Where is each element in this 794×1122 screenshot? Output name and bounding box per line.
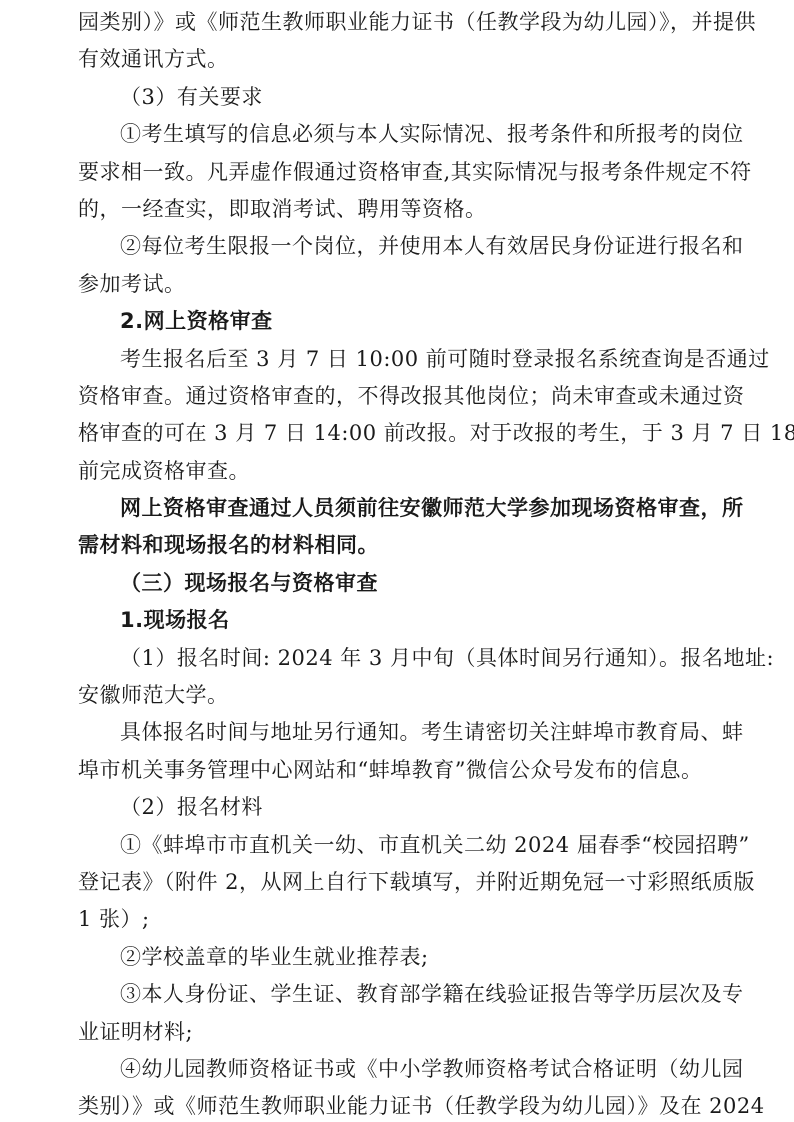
text-line: 参加考试。 [78, 266, 742, 303]
text-line: 1 张）; [78, 901, 742, 938]
text-line: 的，一经查实，即取消考试、聘用等资格。 [78, 191, 742, 228]
text-line: ③本人身份证、学生证、教育部学籍在线验证报告等学历层次及专 [78, 976, 742, 1013]
text-line: 有效通讯方式。 [78, 41, 742, 78]
text-line: 前完成资格审查。 [78, 453, 742, 490]
text-line: 具体报名时间与地址另行通知。考生请密切关注蚌埠市教育局、蚌 [78, 714, 742, 751]
text-line: 资格审查。通过资格审查的，不得改报其他岗位；尚未审查或未通过资 [78, 378, 742, 415]
document-page: 园类别）》或《师范生教师职业能力证书（任教学段为幼儿园）》，并提供 有效通讯方式… [78, 4, 742, 1122]
text-line: （1）报名时间: 2024 年 3 月中旬（具体时间另行通知）。报名地址: [78, 640, 742, 677]
section-heading: 1.现场报名 [78, 602, 742, 639]
text-line: ①考生填写的信息必须与本人实际情况、报考条件和所报考的岗位 [78, 116, 742, 153]
text-line: 要求相一致。凡弄虚作假通过资格审查,其实际情况与报考条件规定不符 [78, 154, 742, 191]
text-line: ④幼儿园教师资格证书或《中小学教师资格考试合格证明（幼儿园 [78, 1051, 742, 1088]
text-line: （3）有关要求 [78, 79, 742, 116]
section-heading: 2.网上资格审查 [78, 303, 742, 340]
text-line: 类别）》或《师范生教师职业能力证书（任教学段为幼儿园）》及在 2024 [78, 1088, 742, 1122]
text-line: 考生报名后至 3 月 7 日 10:00 前可随时登录报名系统查询是否通过 [78, 341, 742, 378]
section-heading: （三）现场报名与资格审查 [78, 565, 742, 602]
text-line: （2）报名材料 [78, 789, 742, 826]
text-line: 园类别）》或《师范生教师职业能力证书（任教学段为幼儿园）》，并提供 [78, 4, 742, 41]
text-line: 格审查的可在 3 月 7 日 14:00 前改报。对于改报的考生，于 3 月 7… [78, 415, 742, 452]
text-line: ②每位考生限报一个岗位，并使用本人有效居民身份证进行报名和 [78, 228, 742, 265]
text-line: 登记表》（附件 2，从网上自行下载填写，并附近期免冠一寸彩照纸质版 [78, 864, 742, 901]
bold-text-line: 网上资格审查通过人员须前往安徽师范大学参加现场资格审查，所 [78, 490, 742, 527]
text-line: 埠市机关事务管理中心网站和“蚌埠教育”微信公众号发布的信息。 [78, 752, 742, 789]
text-line: ①《蚌埠市市直机关一幼、市直机关二幼 2024 届春季“校园招聘” [78, 827, 742, 864]
text-line: 业证明材料; [78, 1014, 742, 1051]
text-line: 安徽师范大学。 [78, 677, 742, 714]
bold-text-line: 需材料和现场报名的材料相同。 [78, 527, 742, 564]
text-line: ②学校盖章的毕业生就业推荐表; [78, 939, 742, 976]
